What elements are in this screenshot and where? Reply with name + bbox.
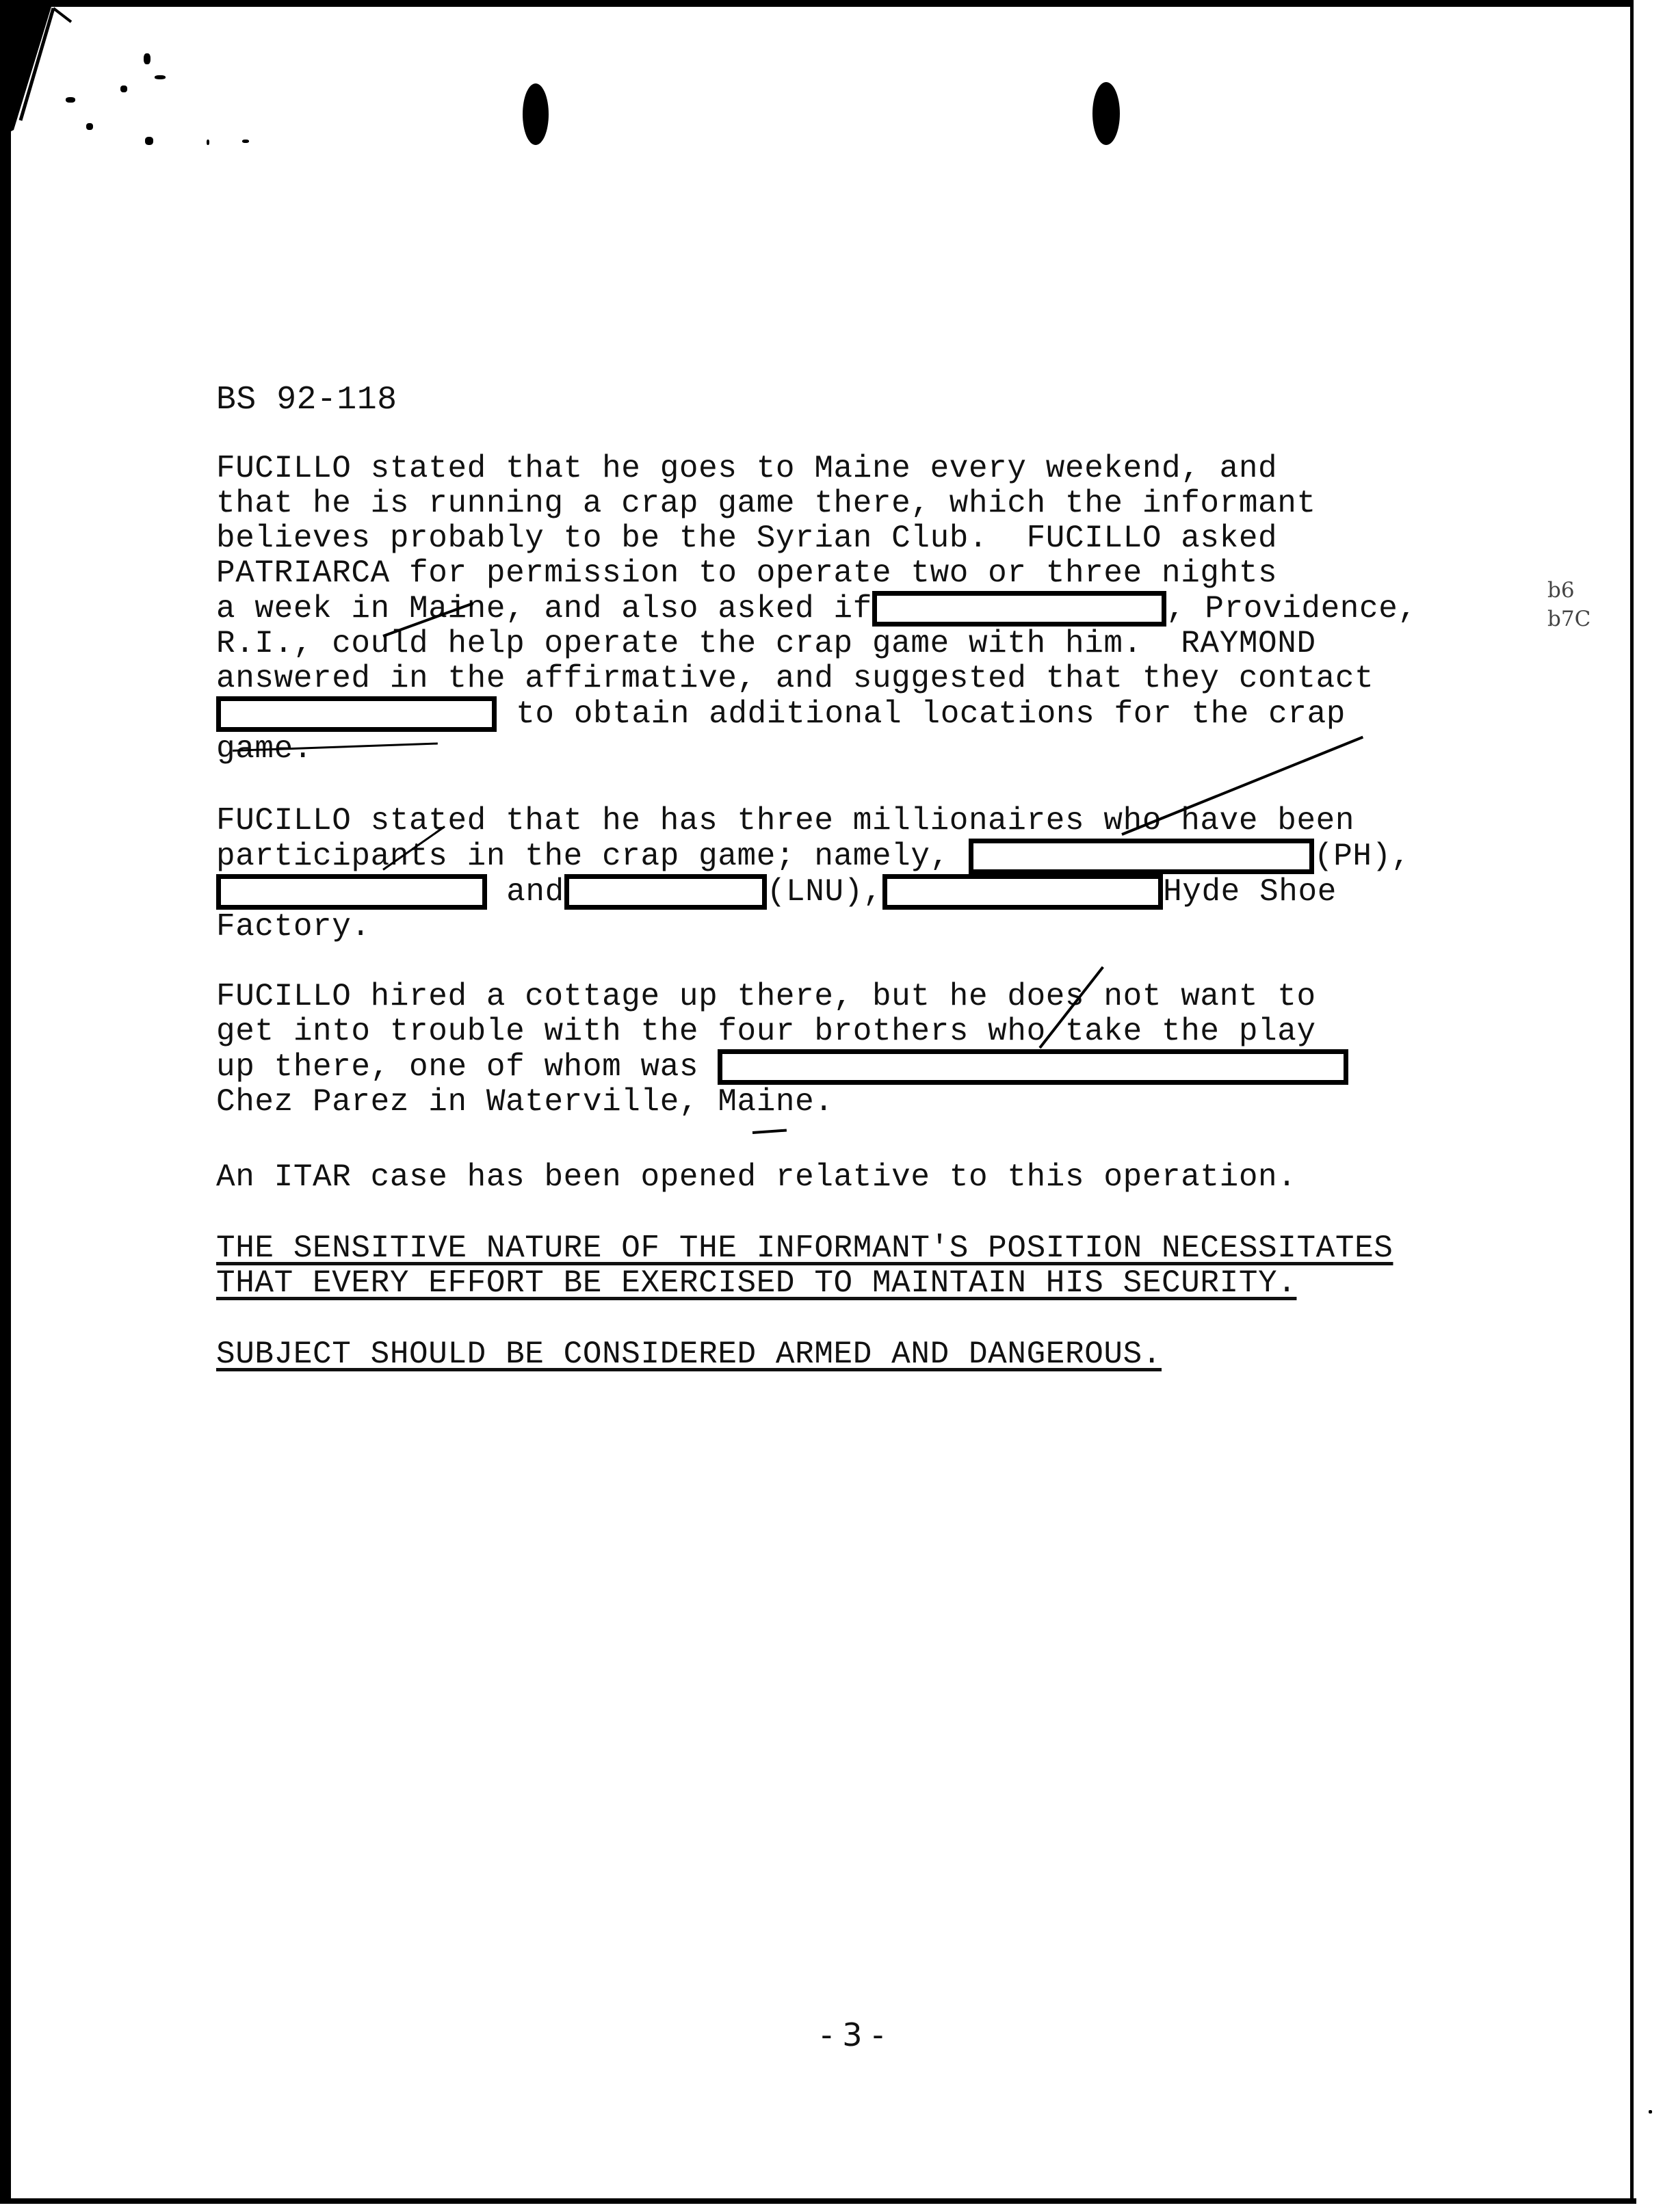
redaction-box <box>216 874 487 910</box>
text-line: THAT EVERY EFFORT BE EXERCISED TO MAINTA… <box>216 1265 1296 1301</box>
exemption-code-b6: b6 <box>1547 578 1575 603</box>
text-line: Chez Parez in Waterville, Maine. <box>216 1084 834 1120</box>
text-line: (PH), <box>1314 839 1411 874</box>
text-line: An ITAR case has been opened relative to… <box>216 1159 1296 1195</box>
text-line: , Providence, <box>1166 591 1417 627</box>
scan-speck <box>242 140 249 143</box>
text-line: PATRIARCA for permission to operate two … <box>216 555 1277 591</box>
scan-margin-bottom <box>0 2204 1676 2212</box>
scan-margin-right <box>1634 0 1676 2212</box>
text-line: Hyde Shoe <box>1163 874 1337 910</box>
text-line: THE SENSITIVE NATURE OF THE INFORMANT'S … <box>216 1230 1393 1266</box>
text-line: that he is running a crap game there, wh… <box>216 486 1316 521</box>
redaction-box <box>969 839 1314 874</box>
scan-speck <box>1649 2110 1652 2114</box>
paragraph-informant-security-notice: THE SENSITIVE NATURE OF THE INFORMANT'S … <box>216 1231 1393 1301</box>
punch-hole-mark <box>1092 82 1120 145</box>
scan-border-right <box>1630 0 1634 2204</box>
exemption-code-b7c: b7C <box>1547 607 1590 631</box>
redaction-box <box>564 874 767 910</box>
text-line: up there, one of whom was <box>216 1049 718 1085</box>
paragraph-crap-game-maine: FUCILLO stated that he goes to Maine eve… <box>216 451 1417 767</box>
redaction-box <box>216 696 497 732</box>
text-line: believes probably to be the Syrian Club.… <box>216 521 1277 556</box>
paragraph-itar-case: An ITAR case has been opened relative to… <box>216 1160 1296 1195</box>
text-line: Factory. <box>216 909 371 945</box>
scan-speck <box>120 85 127 92</box>
scan-border-top <box>0 0 1676 7</box>
paragraph-millionaires: FUCILLO stated that he has three million… <box>216 804 1411 945</box>
text-line: to obtain additional locations for the c… <box>497 696 1346 732</box>
scan-speck <box>86 123 93 130</box>
text-line: answered in the affirmative, and suggest… <box>216 661 1374 696</box>
text-line: and <box>487 874 564 910</box>
text-line: a week in Maine, and also asked if <box>216 591 872 627</box>
punch-hole-mark <box>523 83 549 145</box>
pen-mark <box>752 1129 787 1134</box>
paragraph-armed-dangerous-warning: SUBJECT SHOULD BE CONSIDERED ARMED AND D… <box>216 1337 1162 1372</box>
scan-border-bottom <box>0 2198 1636 2204</box>
text-line: (LNU), <box>767 874 882 910</box>
document-page: BS 92-118 b6 b7C FUCILLO stated that he … <box>0 0 1676 2212</box>
scan-speck <box>145 137 153 145</box>
scan-speck <box>66 97 75 103</box>
text-line: FUCILLO stated that he goes to Maine eve… <box>216 451 1277 486</box>
text-line: participants in the crap game; namely, <box>216 839 969 874</box>
redaction-box <box>882 874 1163 910</box>
folded-corner-mark <box>0 0 75 144</box>
text-line: R.I., could help operate the crap game w… <box>216 626 1316 661</box>
foia-exemption-codes: b6 b7C <box>1547 576 1590 633</box>
scan-speck <box>144 53 150 64</box>
text-line: get into trouble with the four brothers … <box>216 1014 1316 1049</box>
text-line: SUBJECT SHOULD BE CONSIDERED ARMED AND D… <box>216 1337 1162 1372</box>
scan-speck <box>155 75 166 79</box>
paragraph-cottage: FUCILLO hired a cottage up there, but he… <box>216 979 1348 1120</box>
file-number: BS 92-118 <box>216 383 397 418</box>
redaction-box <box>718 1049 1348 1085</box>
text-line: FUCILLO hired a cottage up there, but he… <box>216 979 1316 1014</box>
scan-border-left <box>0 0 11 2212</box>
scan-speck <box>207 140 209 145</box>
redaction-box <box>872 591 1166 627</box>
page-number: - 3 - <box>821 2016 884 2053</box>
